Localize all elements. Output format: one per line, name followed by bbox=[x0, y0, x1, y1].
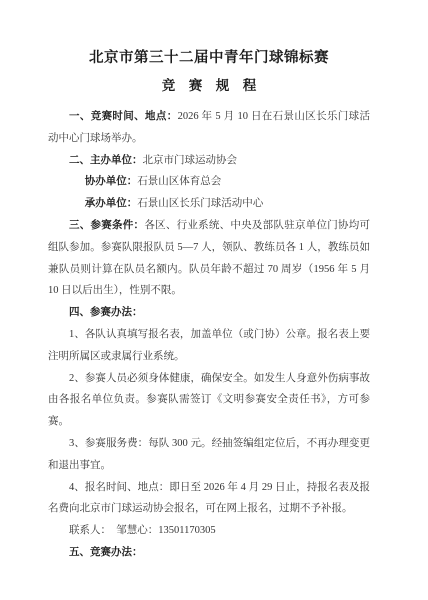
section-undertaker-label: 承办单位： bbox=[85, 198, 138, 209]
section-time-place: 一、竞赛时间、地点：2026 年 5 月 10 日在石景山区长乐门球活动中心门球… bbox=[48, 106, 370, 150]
section-conditions-label: 三、参赛条件： bbox=[69, 220, 144, 231]
entry-method-item: 3、参赛服务费：每队 300 元。经抽签编组定位后，不再办理变更和退出事宜。 bbox=[48, 433, 370, 477]
document-subtitle: 竞 赛 规 程 bbox=[48, 77, 370, 95]
section-conditions: 三、参赛条件：各区、行业系统、中央及部队驻京单位门协均可组队参加。参赛队限报队员… bbox=[48, 215, 370, 302]
section-co-host-text: 石景山区体育总会 bbox=[137, 176, 221, 187]
entry-method-item: 2、参赛人员必须身体健康，确保安全。如发生人身意外伤病事故由各报名单位负责。参赛… bbox=[48, 368, 370, 433]
section-co-host-label: 协办单位： bbox=[85, 176, 138, 187]
section-undertaker: 承办单位：石景山区长乐门球活动中心 bbox=[48, 193, 370, 215]
entry-method-item-2-text: 2、参赛人员必须身体健康，确保安全。如发生人身意外伤病事故由各报名单位负责。参赛… bbox=[48, 373, 370, 428]
section-host: 二、主办单位：北京市门球运动协会 bbox=[48, 150, 370, 172]
entry-method-item-3-text: 3、参赛服务费：每队 300 元。经抽签编组定位后，不再办理变更和退出事宜。 bbox=[48, 438, 370, 471]
section-conditions-text: 各区、行业系统、中央及部队驻京单位门协均可组队参加。参赛队限报队员 5—7 人，… bbox=[48, 220, 370, 296]
section-co-host: 协办单位：石景山区体育总会 bbox=[48, 171, 370, 193]
section-host-label: 二、主办单位： bbox=[69, 155, 143, 166]
contact-line: 联系人： 邹慧心：13501170305 bbox=[48, 520, 370, 542]
section-undertaker-text: 石景山区长乐门球活动中心 bbox=[137, 198, 263, 209]
document-page: 北京市第三十二届中青年门球锦标赛 竞 赛 规 程 一、竞赛时间、地点：2026 … bbox=[0, 0, 428, 600]
entry-method-item-1-text: 1、各队认真填写报名表，加盖单位（或门协）公章。报名表上要注明所属区或隶属行业系… bbox=[48, 329, 370, 362]
section-competition-method-label: 五、竞赛办法： bbox=[69, 547, 143, 558]
section-host-text: 北京市门球运动协会 bbox=[143, 155, 238, 166]
entry-method-item-4-text: 4、报名时间、地点：即日至 2026 年 4 月 29 日止，持报名表及报名费向… bbox=[48, 482, 370, 515]
contact-label: 联系人： bbox=[69, 525, 106, 536]
section-competition-method-heading: 五、竞赛办法： bbox=[48, 542, 370, 564]
section-entry-method-heading: 四、参赛办法： bbox=[48, 302, 370, 324]
contact-value: 邹慧心：13501170305 bbox=[116, 525, 215, 536]
section-entry-method-label: 四、参赛办法： bbox=[69, 307, 143, 318]
entry-method-item: 4、报名时间、地点：即日至 2026 年 4 月 29 日止，持报名表及报名费向… bbox=[48, 477, 370, 521]
entry-method-item: 1、各队认真填写报名表，加盖单位（或门协）公章。报名表上要注明所属区或隶属行业系… bbox=[48, 324, 370, 368]
section-time-place-label: 一、竞赛时间、地点： bbox=[69, 111, 178, 122]
document-title: 北京市第三十二届中青年门球锦标赛 bbox=[48, 48, 370, 68]
